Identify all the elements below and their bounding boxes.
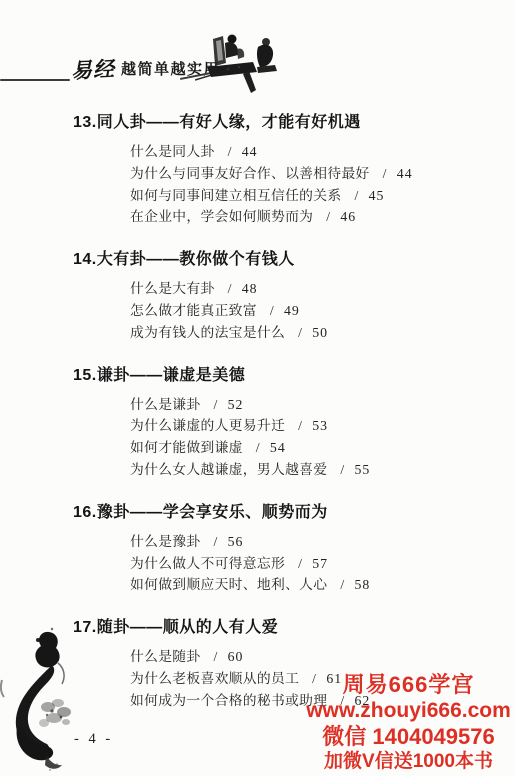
toc-item-page: 49	[284, 303, 300, 318]
toc-item-text: 什么是谦卦	[130, 397, 200, 412]
toc-item-page: 56	[228, 534, 244, 549]
section-heading: 16.豫卦——学会享安乐、顺势而为	[73, 503, 506, 523]
toc-item: 成为有钱人的法宝是什么/50	[130, 322, 506, 344]
footer-ink-painting	[0, 615, 190, 776]
toc-item: 在企业中，学会如何顺势而为/46	[130, 206, 506, 228]
toc-item: 什么是豫卦/56	[130, 531, 506, 553]
watermark-line-2: www.zhouyi666.com	[303, 698, 514, 724]
toc-item-page: 55	[355, 462, 371, 477]
toc-item-separator: /	[354, 188, 358, 203]
toc-item-page: 44	[397, 166, 413, 181]
toc-item-separator: /	[383, 166, 387, 181]
toc-item-page: 50	[312, 325, 328, 340]
toc-item-text: 如何做到顺应天时、地利、人心	[130, 577, 327, 592]
toc-item-page: 46	[340, 209, 356, 224]
toc-item-page: 45	[369, 188, 385, 203]
toc-item-text: 为什么做人不可得意忘形	[130, 556, 285, 571]
section-heading: 13.同人卦——有好人缘，才能有好机遇	[73, 113, 506, 133]
toc-item: 什么是大有卦/48	[130, 278, 506, 300]
toc-item-separator: /	[228, 144, 232, 159]
toc-item-separator: /	[298, 325, 302, 340]
toc-item-page: 54	[270, 440, 286, 455]
toc-item-page: 58	[355, 577, 371, 592]
toc-item: 什么是谦卦/52	[130, 394, 506, 416]
series-title: 易经	[70, 57, 115, 83]
book-page: 易经 越简单越实用 13.同人卦——有好人缘，才能有好机遇什么是同人卦/44为什…	[0, 0, 514, 776]
watermark-line-3: 微信 1404049576	[303, 724, 514, 750]
toc-item-page: 48	[242, 281, 258, 296]
toc-item-text: 什么是同人卦	[130, 144, 215, 159]
toc-section: 13.同人卦——有好人缘，才能有好机遇什么是同人卦/44为什么与同事友好合作、以…	[73, 113, 506, 228]
toc-section: 16.豫卦——学会享安乐、顺势而为什么是豫卦/56为什么做人不可得意忘形/57如…	[73, 503, 506, 596]
watermark-line-1: 周易666学宫	[303, 672, 514, 698]
toc-item-separator: /	[228, 281, 232, 296]
toc-item: 为什么谦虚的人更易升迁/53	[130, 415, 506, 437]
toc-item: 为什么女人越谦虚，男人越喜爱/55	[130, 459, 506, 481]
section-heading: 14.大有卦——教你做个有钱人	[73, 250, 506, 270]
page-number: - 4 -	[74, 731, 113, 748]
toc-item-text: 怎么做才能真正致富	[130, 303, 257, 318]
toc-item-text: 成为有钱人的法宝是什么	[130, 325, 285, 340]
toc-item: 如何做到顺应天时、地利、人心/58	[130, 574, 506, 596]
toc-section: 14.大有卦——教你做个有钱人什么是大有卦/48怎么做才能真正致富/49成为有钱…	[73, 250, 506, 343]
toc-item-text: 为什么女人越谦虚，男人越喜爱	[130, 462, 327, 477]
toc-item-separator: /	[298, 418, 302, 433]
toc-item-separator: /	[213, 397, 217, 412]
toc-item-separator: /	[213, 534, 217, 549]
toc-item: 什么是同人卦/44	[130, 141, 506, 163]
toc-section: 15.谦卦——谦虚是美德什么是谦卦/52为什么谦虚的人更易升迁/53如何才能做到…	[73, 366, 506, 481]
toc-item-page: 53	[312, 418, 328, 433]
toc-item-separator: /	[213, 649, 217, 664]
toc-item-text: 为什么谦虚的人更易升迁	[130, 418, 285, 433]
watermark-line-4: 加微V信送1000本书	[303, 750, 514, 774]
toc-item-text: 在企业中，学会如何顺势而为	[130, 209, 313, 224]
toc-item-separator: /	[270, 303, 274, 318]
toc-item-text: 什么是豫卦	[130, 534, 200, 549]
toc-item-text: 如何才能做到谦虚	[130, 440, 243, 455]
toc-item: 为什么与同事友好合作、以善相待最好/44	[130, 163, 506, 185]
watermark: 周易666学宫 www.zhouyi666.com 微信 1404049576 …	[303, 672, 514, 774]
toc-item-separator: /	[340, 462, 344, 477]
toc-item: 如何与同事间建立相互信任的关系/45	[130, 185, 506, 207]
toc-item-text: 如何与同事间建立相互信任的关系	[130, 188, 341, 203]
toc-item-page: 57	[312, 556, 328, 571]
toc-item-separator: /	[298, 556, 302, 571]
toc-item-text: 为什么与同事友好合作、以善相待最好	[130, 166, 370, 181]
toc-item-page: 60	[228, 649, 244, 664]
toc-item-text: 什么是大有卦	[130, 281, 215, 296]
section-heading: 15.谦卦——谦虚是美德	[73, 366, 506, 386]
header-ink-illustration	[195, 27, 290, 95]
toc-item: 怎么做才能真正致富/49	[130, 300, 506, 322]
toc-item: 如何才能做到谦虚/54	[130, 437, 506, 459]
toc-item-separator: /	[256, 440, 260, 455]
toc-item-separator: /	[340, 577, 344, 592]
toc-item: 为什么做人不可得意忘形/57	[130, 553, 506, 575]
header-rule-left	[0, 79, 70, 81]
toc-item-separator: /	[326, 209, 330, 224]
toc-item-page: 52	[228, 397, 244, 412]
toc-item-page: 44	[242, 144, 258, 159]
